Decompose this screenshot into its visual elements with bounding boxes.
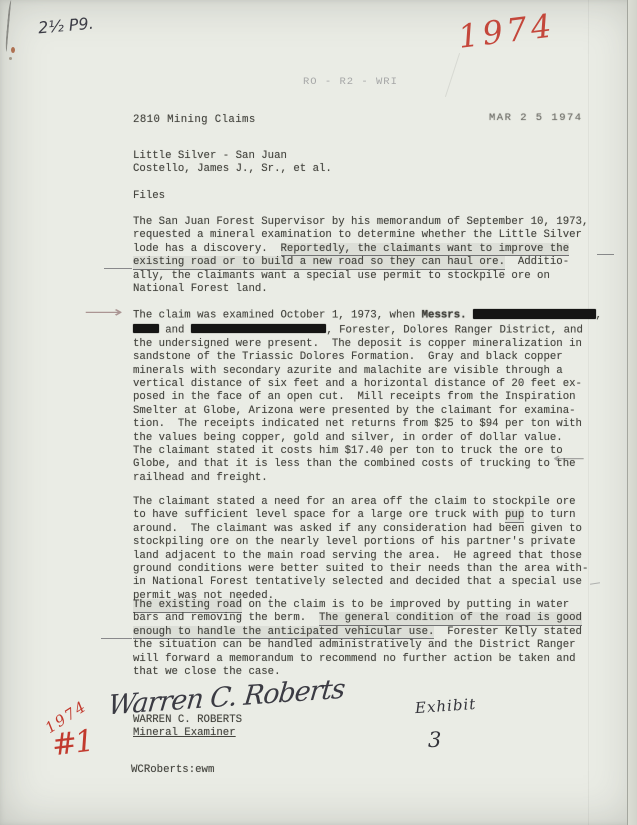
exhibit-number: 3 <box>428 728 441 752</box>
margin-arrow-left-icon: ⟵ <box>553 451 585 467</box>
redaction-bar <box>191 324 326 334</box>
page-left-edge-curve <box>5 0 15 52</box>
handwritten-year-top: 1974 <box>456 6 557 56</box>
typist-initials: WCRoberts:ewm <box>131 764 214 777</box>
pencil-underline-extension <box>597 254 614 255</box>
received-date-stamp: MAR 2 5 1974 <box>489 112 583 124</box>
handwritten-page-note: 2½ P9. <box>37 14 94 38</box>
handwritten-exhibit-index: #1 <box>50 724 94 764</box>
subject-line: 2810 Mining Claims <box>133 114 256 127</box>
redaction-bar <box>133 324 159 334</box>
page-right-edge <box>627 0 637 825</box>
signature-title: Mineral Examiner <box>133 727 236 740</box>
margin-arrow-right-icon: ⟶ <box>84 303 123 321</box>
pencil-underline-extension <box>101 638 132 639</box>
body-paragraph-2: The claim was examined October 1, 1973, … <box>133 308 602 485</box>
file-code: RO - R2 - WRI <box>303 76 398 88</box>
top-crease-mark <box>445 53 460 97</box>
pencil-underline-extension <box>104 268 132 269</box>
paper-speck <box>9 57 12 60</box>
paper-speck <box>11 47 15 53</box>
claim-name-line: Little Silver - San Juan <box>133 150 287 163</box>
exhibit-label: Exhibit <box>414 695 476 717</box>
body-paragraph-1: The San Juan Forest Supervisor by his me… <box>133 216 588 296</box>
signature-typed-name: WARREN C. ROBERTS <box>133 714 242 727</box>
body-paragraph-3: The claimant stated a need for an area o… <box>133 496 588 603</box>
redaction-bar <box>473 309 596 319</box>
to-files-line: Files <box>133 190 165 203</box>
body-paragraph-4: The existing road on the claim is to be … <box>133 599 582 679</box>
pencil-dash-mark <box>590 582 600 584</box>
claimant-name-line: Costello, James J., Sr., et al. <box>133 163 332 176</box>
